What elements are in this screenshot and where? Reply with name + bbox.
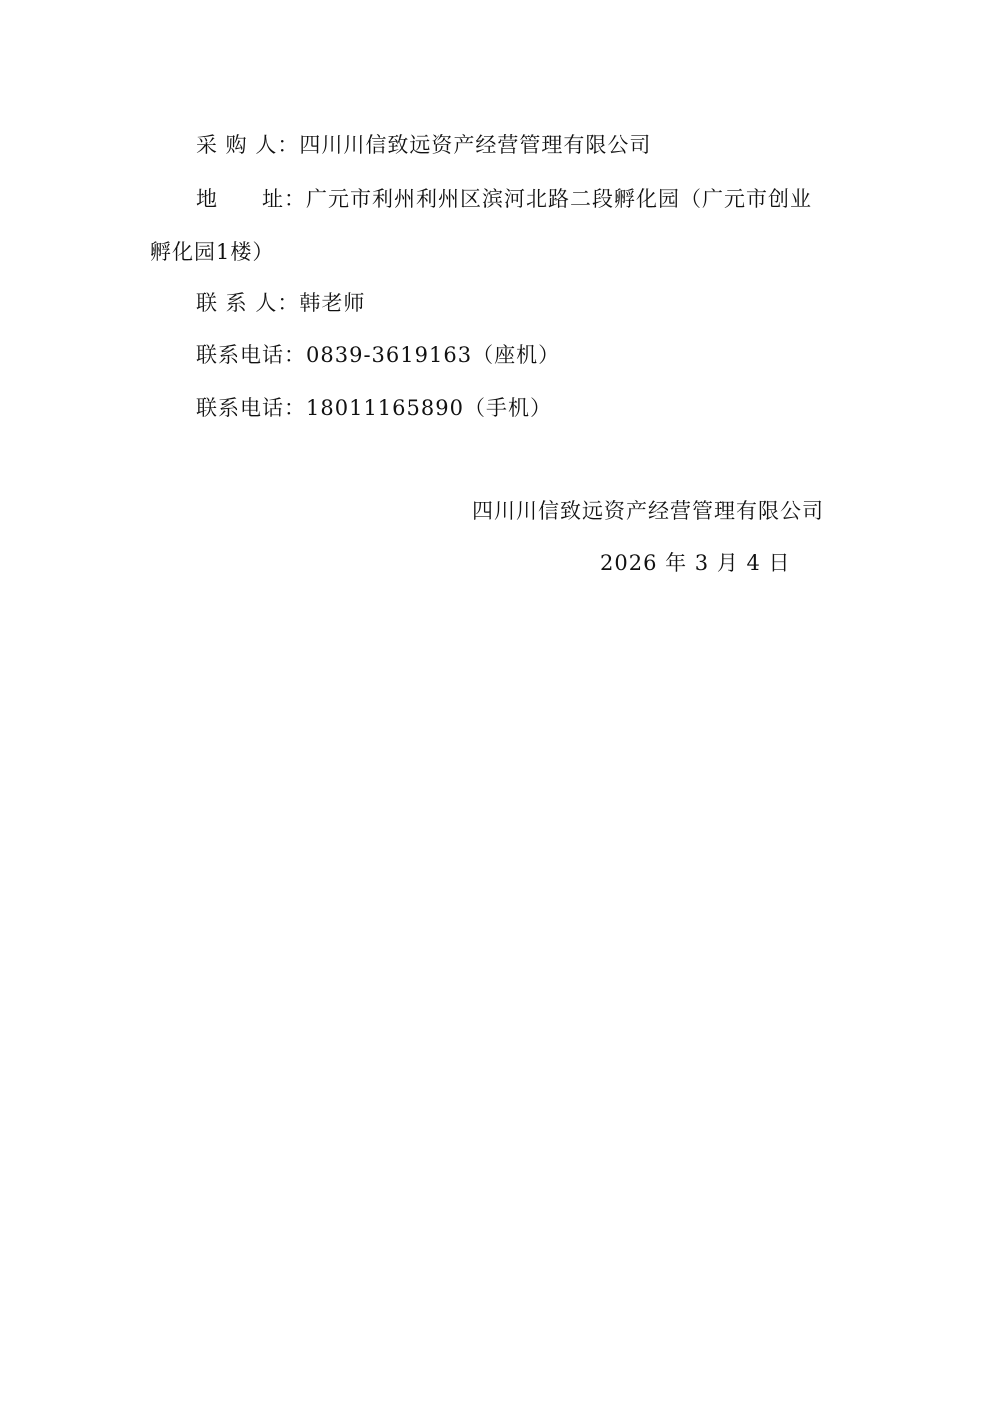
landline-label: 联系电话： [196, 343, 306, 367]
signature-company: 四川川信致远资产经营管理有限公司 [472, 497, 824, 525]
mobile-line: 联系电话：18011165890（手机） [196, 394, 552, 422]
address-value-line1: 广元市利州利州区滨河北路二段孵化园（广元市创业 [306, 187, 812, 211]
address-line: 地 址：广元市利州利州区滨河北路二段孵化园（广元市创业 [196, 185, 812, 213]
landline-line: 联系电话：0839-3619163（座机） [196, 341, 560, 369]
signature-date: 2026 年 3 月 4 日 [600, 549, 791, 577]
mobile-value: 18011165890（手机） [306, 396, 552, 420]
purchaser-label: 采 购 人： [196, 133, 299, 157]
address-label: 地 址： [196, 187, 306, 211]
contact-value: 韩老师 [299, 291, 365, 315]
landline-value: 0839-3619163（座机） [306, 343, 560, 367]
address-value-line2: 孵化园1楼） [150, 240, 274, 264]
contact-line: 联 系 人：韩老师 [196, 289, 365, 317]
contact-label: 联 系 人： [196, 291, 299, 315]
mobile-label: 联系电话： [196, 396, 306, 420]
address-continuation: 孵化园1楼） [150, 238, 274, 266]
purchaser-line: 采 购 人：四川川信致远资产经营管理有限公司 [196, 131, 651, 159]
purchaser-value: 四川川信致远资产经营管理有限公司 [299, 133, 651, 157]
